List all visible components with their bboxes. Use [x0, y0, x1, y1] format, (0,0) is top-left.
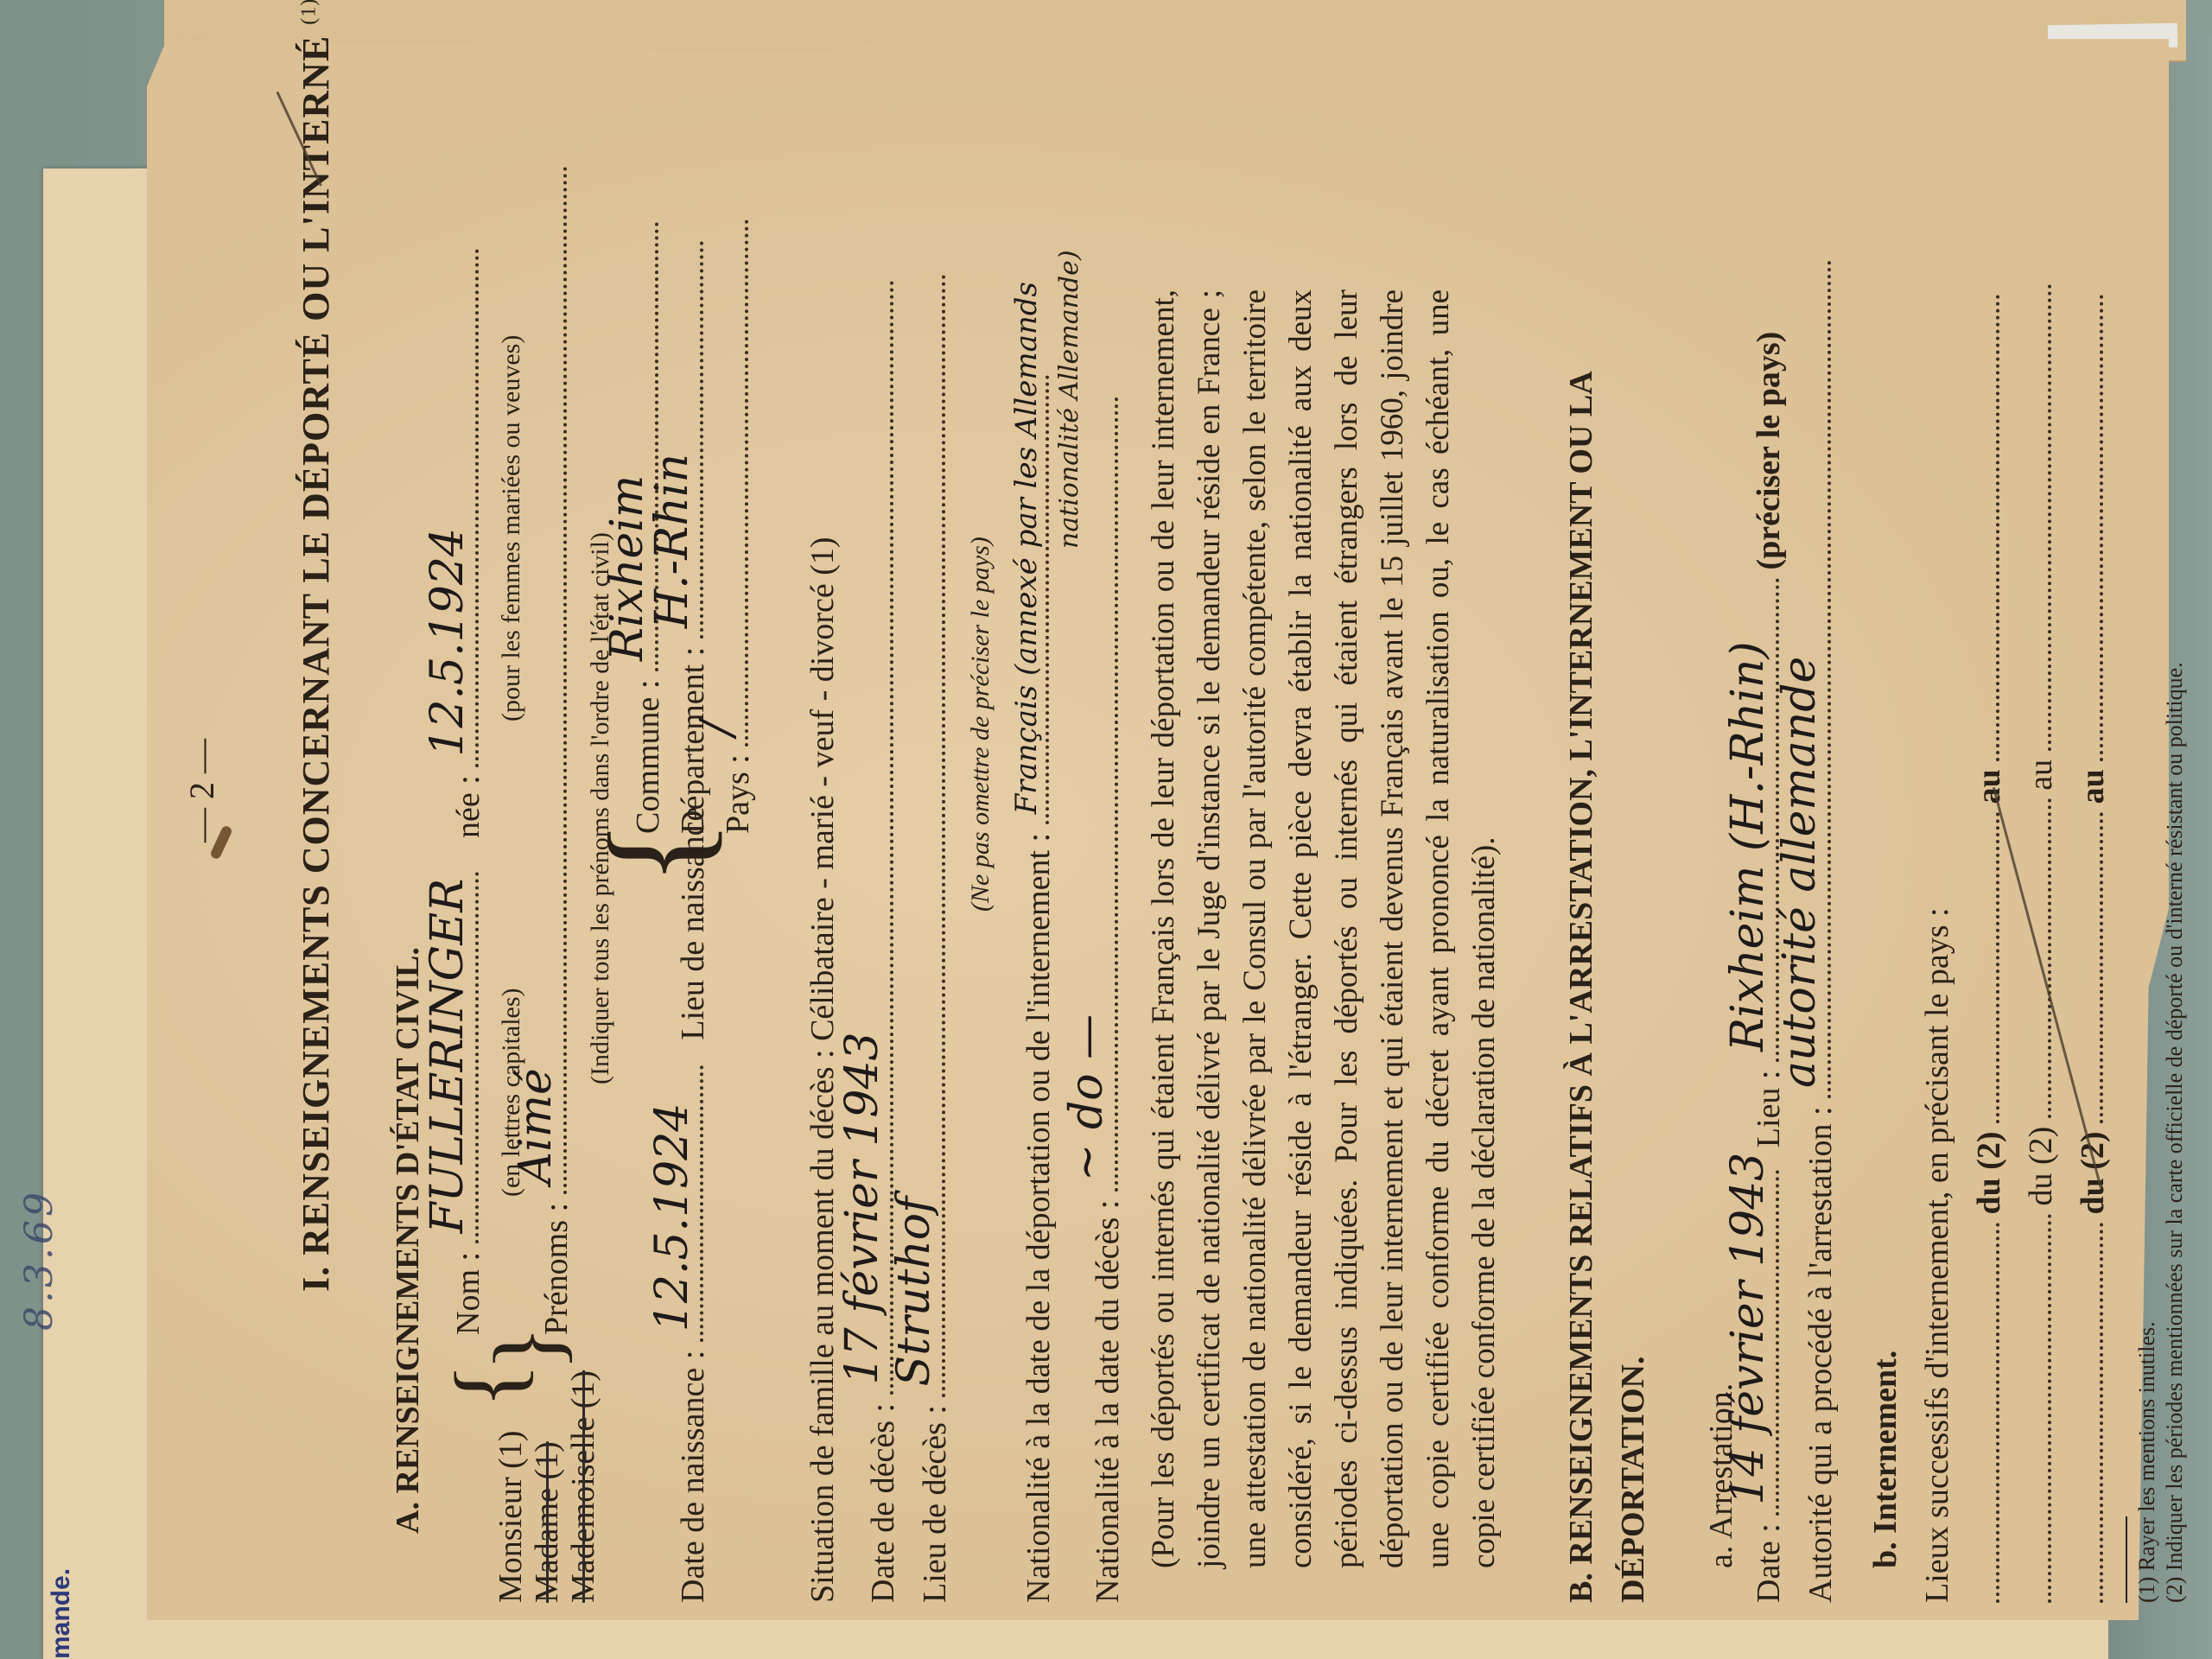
- nationalite-deces-label: Nationalité à la date du décès :: [1090, 1200, 1126, 1603]
- internement-row: du (2) au: [2074, 295, 2112, 1603]
- departement-field: Département : H.-Rhin: [674, 241, 712, 834]
- date-naissance-label: Date de naissance :: [675, 1351, 711, 1603]
- du-label: du (2): [2075, 1131, 2111, 1214]
- nom-field: Nom : FULLERINGER née : 12.5.1924: [449, 249, 487, 1335]
- internement-row: du (2) au: [2022, 284, 2060, 1603]
- date-deces-label: Date de décès :: [865, 1403, 901, 1603]
- arrestation-autorite-field: Autorité qui a procédé à l'arrestation :…: [1802, 260, 1840, 1603]
- nationalite-deportation-input[interactable]: Français (annexé par les Allemands: [1046, 375, 1049, 824]
- prenoms-input[interactable]: Aimé: [563, 166, 567, 1194]
- pays-value: /: [691, 721, 743, 736]
- au-label: au: [2023, 760, 2059, 791]
- form-page: — 2 — I. RENSEIGNEMENTS CONCERNANT LE DÉ…: [311, 134, 2039, 1603]
- page-title-text: I. RENSEIGNEMENTS CONCERNANT LE DÉPORTÉ …: [295, 35, 337, 1292]
- arrestation-autorite-value: autorité allemande: [1774, 657, 1826, 1088]
- footnote-2: (2) Indiquer les périodes mentionnées su…: [2162, 662, 2188, 1603]
- date-deces-value: 17 février 1943: [836, 1032, 888, 1384]
- lieu-deces-field: Lieu de décès : Struthof: [916, 274, 954, 1603]
- title-footnote-ref: (1): [297, 0, 320, 25]
- au-input[interactable]: [2100, 295, 2103, 761]
- nationalite-deportation-field: Nationalité à la date de la déportation …: [1020, 375, 1058, 1603]
- pays-input[interactable]: /: [745, 219, 748, 747]
- arrestation-date-value: 14 février 1943: [1722, 1153, 1774, 1505]
- date-deces-field: Date de décès : 17 février 1943: [864, 280, 902, 1603]
- arrestation-date-label: Date :: [1751, 1523, 1787, 1603]
- nationalite-hint: (Ne pas omettre de préciser le pays): [966, 537, 995, 912]
- nom-input[interactable]: FULLERINGER: [475, 872, 479, 1243]
- au-label: au: [1971, 769, 2007, 804]
- du-input[interactable]: [2100, 812, 2103, 1123]
- date-naissance-input[interactable]: 12.5.1924: [700, 1065, 703, 1342]
- nee-value: 12.5.1924: [422, 528, 474, 757]
- arrestation-lieu-value: Rixheim (H.-Rhin): [1722, 641, 1774, 1052]
- nationalite-deportation-label: Nationalité à la date de la déportation …: [1020, 833, 1057, 1603]
- nom-value: FULLERINGER: [422, 879, 474, 1234]
- nom-label: Nom :: [450, 1252, 486, 1335]
- internement-row: du (2) au: [1970, 295, 2008, 1603]
- prenoms-value: Aimé: [510, 1068, 562, 1184]
- commune-value: Rixheim: [601, 475, 653, 661]
- arrestation-lieu-hint: (préciser le pays): [1751, 332, 1787, 570]
- departement-value: H.-Rhin: [646, 454, 698, 628]
- du-label: du (2): [2023, 1127, 2059, 1206]
- nationalite-deces-input[interactable]: ~ do —: [1115, 397, 1118, 1192]
- folder-handwritten-note: 8.3.69: [17, 1189, 61, 1331]
- footnote-divider: [2126, 1516, 2127, 1603]
- internement-place-input[interactable]: [2100, 1223, 2103, 1603]
- arrestation-autorite-label: Autorité qui a procédé à l'arrestation :: [1802, 1106, 1839, 1603]
- date-naissance-value: 12.5.1924: [646, 1103, 698, 1332]
- departement-input[interactable]: H.-Rhin: [700, 241, 703, 639]
- footnote-1: (1) Rayer les mentions inutiles.: [2134, 1321, 2160, 1603]
- nationality-instructions: (Pour les déportés ou internés qui étaie…: [1141, 289, 1507, 1568]
- departement-label: Département :: [675, 647, 711, 834]
- du-input[interactable]: [1996, 812, 1999, 1123]
- nationalite-deportation-value: Français (annexé par les Allemands: [1009, 282, 1044, 814]
- lieu-deces-input[interactable]: Struthof: [942, 274, 945, 1397]
- situation-famille-options[interactable]: Célibataire - marié - veuf - divorcé (1): [804, 537, 841, 1040]
- au-input[interactable]: [1996, 295, 1999, 761]
- internement-place-input[interactable]: [2048, 1214, 2051, 1603]
- civility-mademoiselle[interactable]: Mademoiselle (1): [565, 1370, 601, 1603]
- internement-lieux-label: Lieux successifs d'internement, en préci…: [1918, 907, 1956, 1603]
- situation-famille-label: Situation de famille au moment du décès …: [804, 1049, 841, 1603]
- internement-place-input[interactable]: [1996, 1223, 1999, 1603]
- pays-field: Pays : /: [719, 219, 757, 834]
- page-title: I. RENSEIGNEMENTS CONCERNANT LE DÉPORTÉ …: [294, 0, 338, 1292]
- page-number: — 2 —: [181, 739, 222, 842]
- arrestation-autorite-input[interactable]: autorité allemande: [1827, 260, 1831, 1098]
- nee-hint: (pour les femmes mariées ou veuves): [497, 335, 526, 721]
- prenoms-label: Prénoms :: [538, 1203, 575, 1335]
- nee-label: née :: [450, 775, 486, 838]
- du-label: du (2): [1971, 1131, 2007, 1214]
- commune-label: Commune :: [630, 680, 666, 834]
- au-input[interactable]: [2048, 284, 2051, 751]
- section-b-heading: B. RENSEIGNEMENTS RELATIFS À L'ARRESTATI…: [1555, 255, 1659, 1603]
- lieu-deces-label: Lieu de décès :: [917, 1405, 953, 1603]
- lieu-deces-value: Struthof: [888, 1197, 940, 1387]
- internement-heading: b. Internement.: [1866, 1351, 1904, 1568]
- au-label: au: [2075, 769, 2111, 804]
- folder-stamp-text: mande.: [47, 1568, 76, 1659]
- nationalite-deportation-value-line2: nationalité Allemande): [1054, 250, 1084, 549]
- nationalite-deces-value: ~ do —: [1061, 1014, 1113, 1181]
- nationalite-deces-field: Nationalité à la date du décès : ~ do —: [1089, 397, 1127, 1603]
- arrestation-date-input[interactable]: 14 février 1943: [1776, 1170, 1779, 1516]
- nee-input[interactable]: 12.5.1924: [475, 249, 479, 767]
- pays-label: Pays :: [720, 754, 756, 834]
- date-naissance-field: Date de naissance : 12.5.1924 Lieu de na…: [674, 807, 712, 1603]
- du-input[interactable]: [2048, 798, 2051, 1118]
- prenoms-field: Prénoms : Aimé: [537, 166, 575, 1335]
